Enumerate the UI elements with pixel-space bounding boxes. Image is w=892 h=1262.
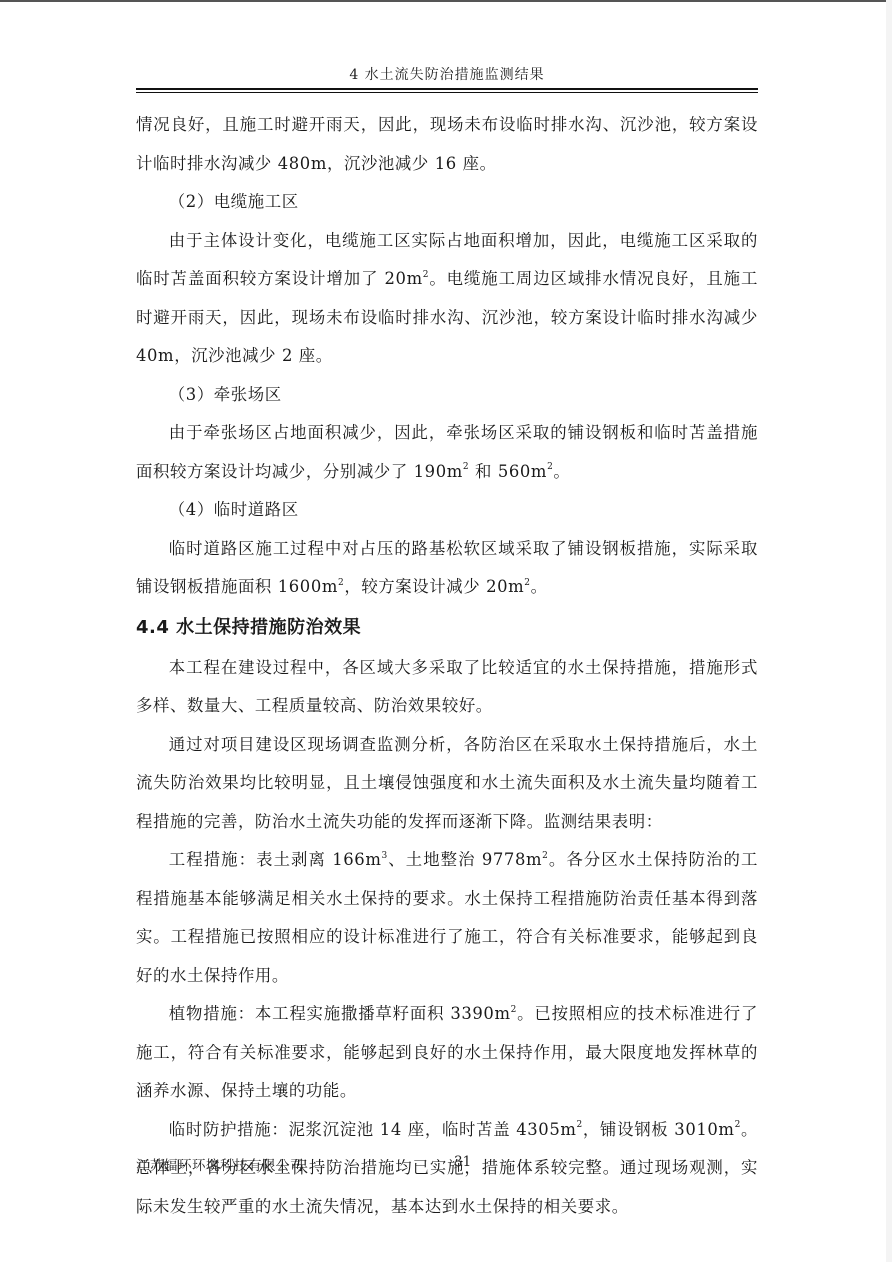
running-header: 4 水土流失防治措施监测结果 xyxy=(136,64,758,84)
subheading-tension-yard: （3）牵张场区 xyxy=(136,376,758,415)
paragraph-cable-area: 由于主体设计变化，电缆施工区实际占地面积增加，因此，电缆施工区采取的临时苫盖面积… xyxy=(136,222,758,376)
paragraph-tension-yard: 由于牵张场区占地面积减少，因此，牵张场区采取的铺设钢板和临时苫盖措施面积较方案设… xyxy=(136,414,758,491)
paragraph-monitoring-analysis: 通过对项目建设区现场调查监测分析，各防治区在采取水土保持措施后，水土流失防治效果… xyxy=(136,726,758,842)
page-top-border xyxy=(0,0,892,2)
paragraph-continued: 情况良好，且施工时避开雨天，因此，现场未布设临时排水沟、沉沙池，较方案设计临时排… xyxy=(136,106,758,183)
footer-company: 江苏辐环环境科技有限公司 xyxy=(136,1154,304,1174)
header-double-rule xyxy=(136,88,758,93)
paragraph-overview: 本工程在建设过程中，各区域大多采取了比较适宜的水土保持措施，措施形式多样、数量大… xyxy=(136,649,758,726)
subheading-cable-area: （2）电缆施工区 xyxy=(136,183,758,222)
subheading-temp-road: （4）临时道路区 xyxy=(136,491,758,530)
page-right-edge xyxy=(886,0,892,1262)
paragraph-temp-road: 临时道路区施工过程中对占压的路基松软区域采取了铺设钢板措施，实际采取铺设钢板措施… xyxy=(136,530,758,607)
page-number: 31 xyxy=(454,1154,471,1170)
paragraph-engineering-measures: 工程措施：表土剥离 166m3、土地整治 9778m2。各分区水土保持防治的工程… xyxy=(136,841,758,995)
paragraph-plant-measures: 植物措施：本工程实施撒播草籽面积 3390m2。已按照相应的技术标准进行了施工，… xyxy=(136,995,758,1111)
section-title: 4.4 水土保持措施防治效果 xyxy=(136,607,758,649)
page-body: 情况良好，且施工时避开雨天，因此，现场未布设临时排水沟、沉沙池，较方案设计临时排… xyxy=(136,106,758,1226)
